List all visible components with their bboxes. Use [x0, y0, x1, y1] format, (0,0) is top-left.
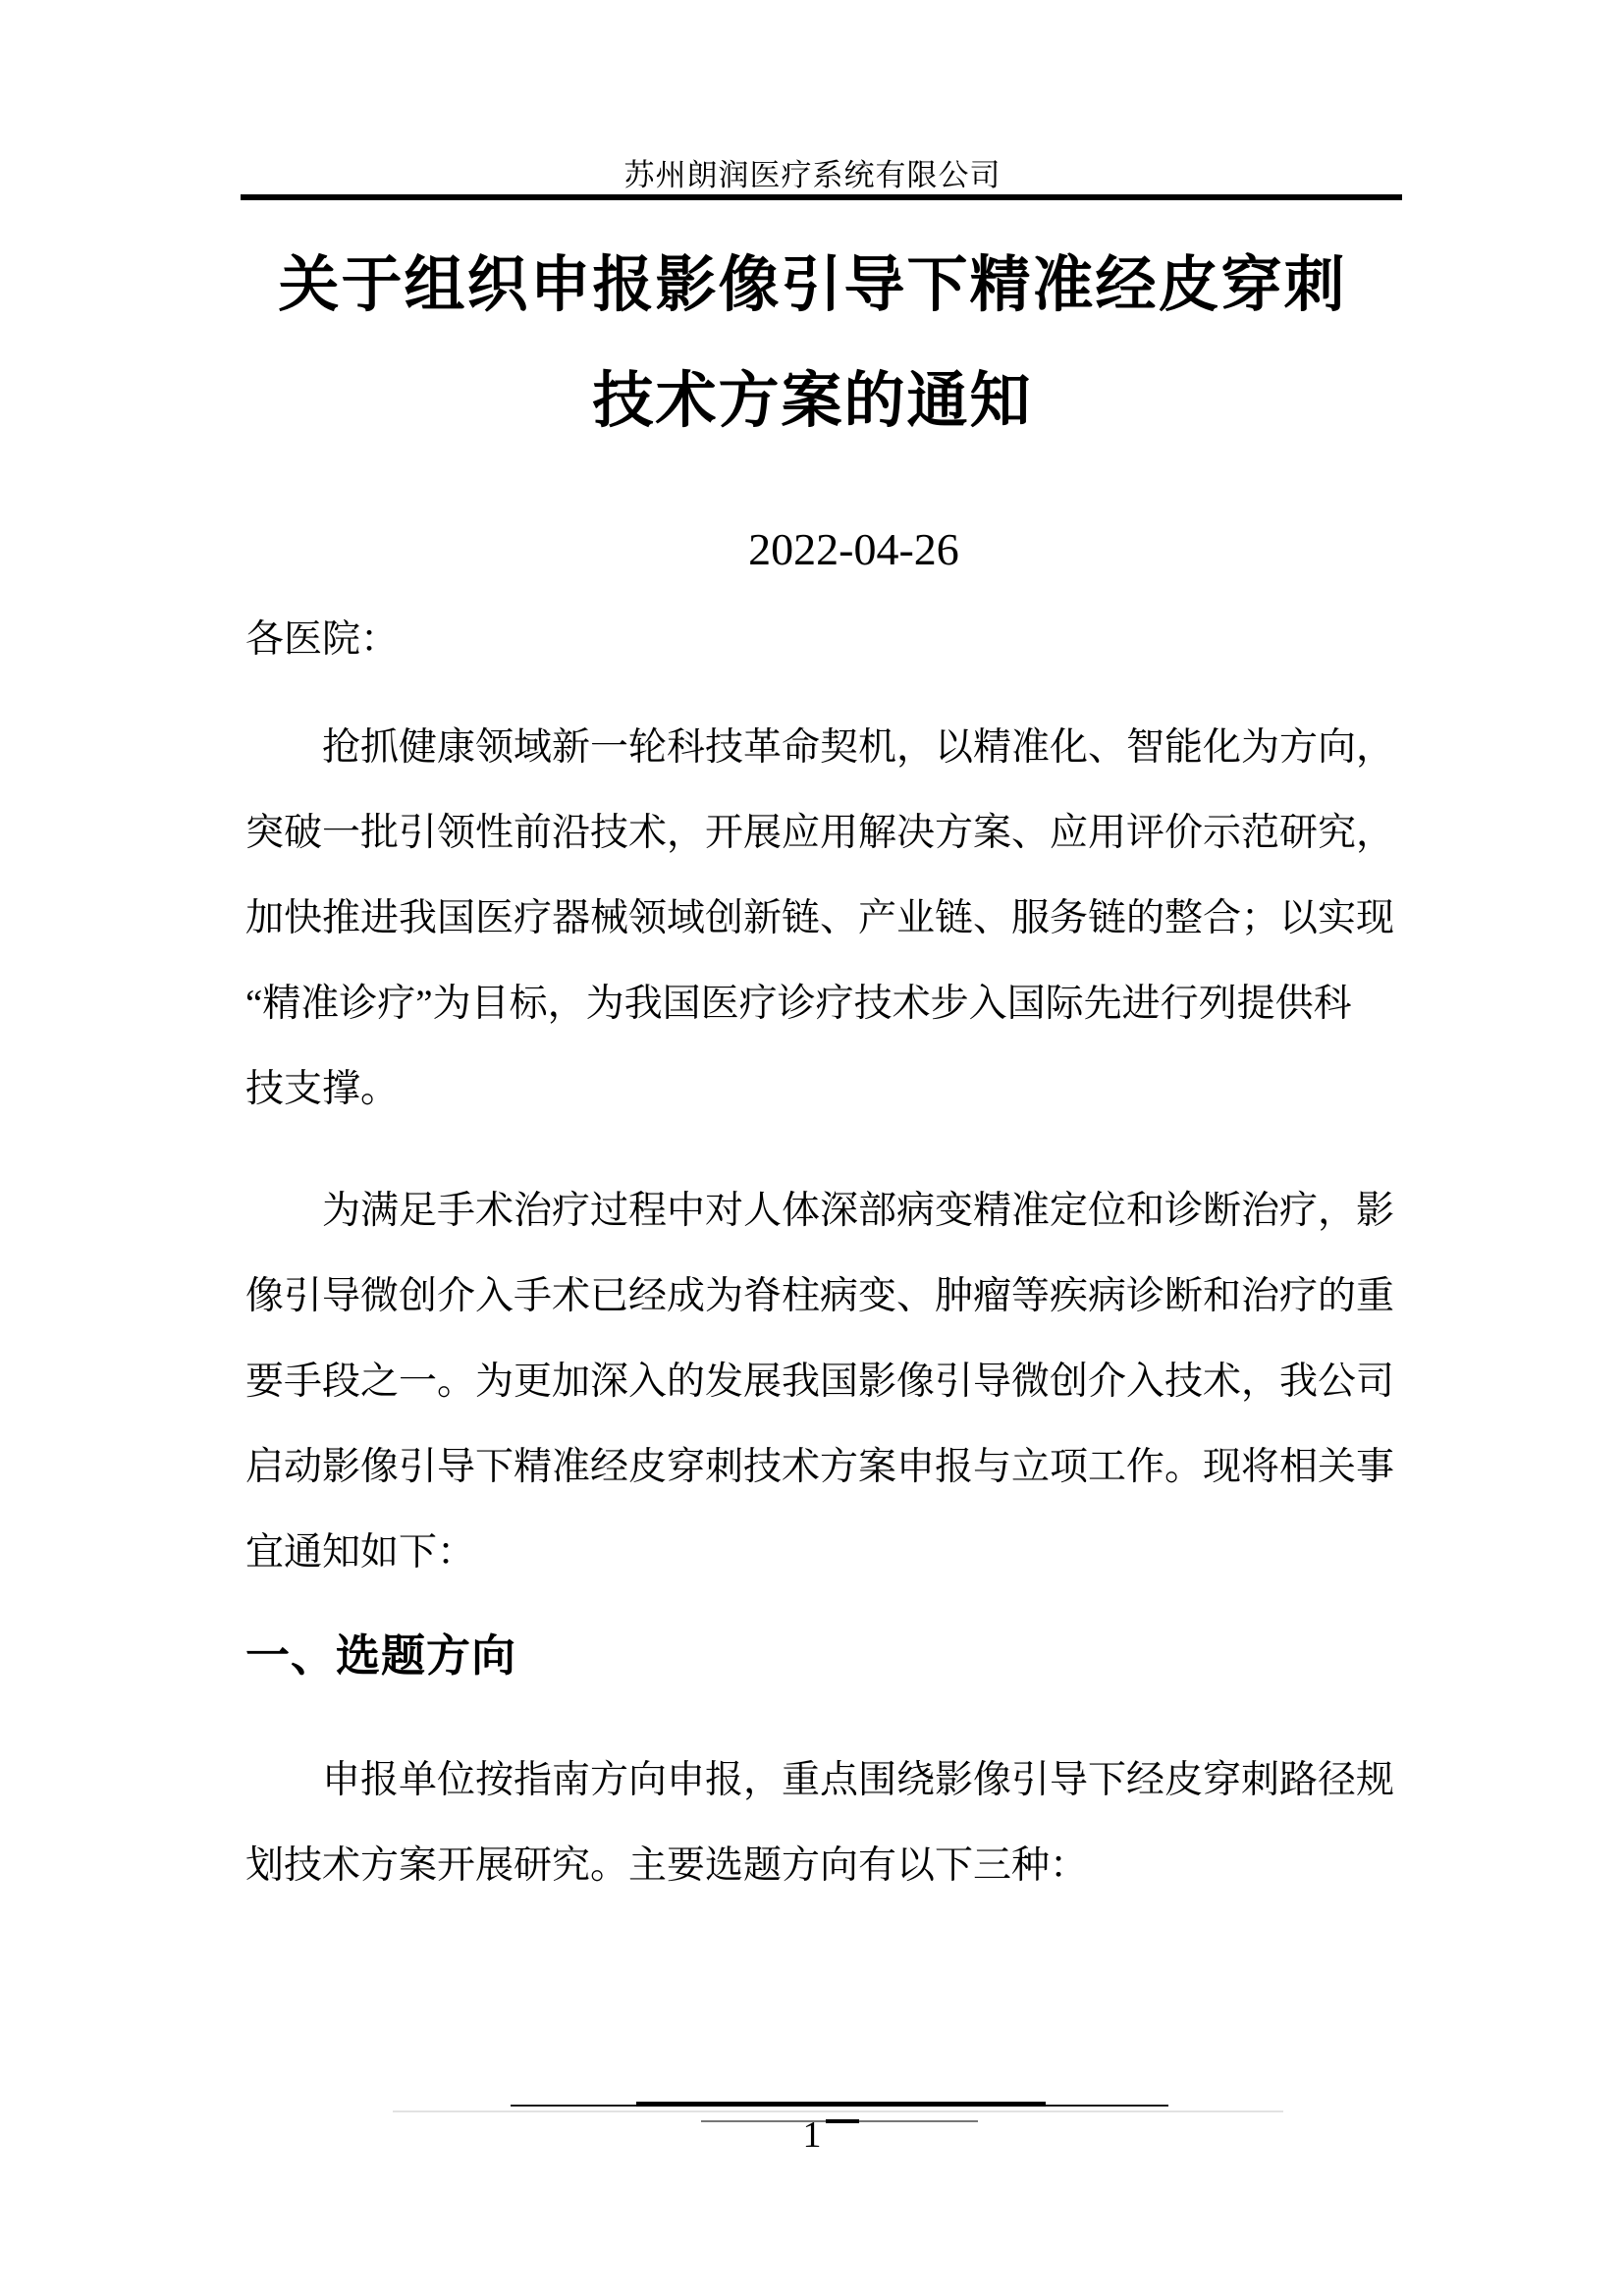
- paragraph-line: 启动影像引导下精准经皮穿刺技术方案申报与立项工作。现将相关事: [245, 1424, 1380, 1510]
- footer-rule-right-segment: [1046, 2105, 1168, 2107]
- paragraph-1: 抢抓健康领域新一轮科技革命契机，以精准化、智能化为方向， 突破一批引领性前沿技术…: [245, 705, 1380, 1132]
- footer-rule-left-segment: [511, 2105, 636, 2107]
- page-number: 1: [0, 2112, 1624, 2158]
- paragraph-line: 突破一批引领性前沿技术，开展应用解决方案、应用评价示范研究，: [245, 790, 1380, 876]
- paragraph-line: 技支撑。: [245, 1046, 1380, 1132]
- document-title-line2: 技术方案的通知: [245, 344, 1380, 459]
- paragraph-line: 为满足手术治疗过程中对人体深部病变精准定位和诊断治疗，影: [245, 1168, 1380, 1254]
- paragraph-line: 加快推进我国医疗器械领域创新链、产业链、服务链的整合；以实现: [245, 876, 1380, 961]
- header-rule: [241, 194, 1402, 200]
- paragraph-2: 为满足手术治疗过程中对人体深部病变精准定位和诊断治疗，影 像引导微创介入手术已经…: [245, 1168, 1380, 1595]
- document-title: 关于组织申报影像引导下精准经皮穿刺 技术方案的通知: [245, 228, 1380, 459]
- paragraph-line: 要手段之一。为更加深入的发展我国影像引导微创介入技术，我公司: [245, 1339, 1380, 1424]
- paragraph-line: 抢抓健康领域新一轮科技革命契机，以精准化、智能化为方向，: [245, 705, 1380, 790]
- company-name: 苏州朗润医疗系统有限公司: [245, 157, 1380, 194]
- paragraph-line: “精准诊疗”为目标，为我国医疗诊疗技术步入国际先进行列提供科: [245, 961, 1380, 1046]
- paragraph-line: 申报单位按指南方向申报，重点围绕影像引导下经皮穿刺路径规: [245, 1737, 1380, 1823]
- paragraph-line: 像引导微创介入手术已经成为脊柱病变、肿瘤等疾病诊断和治疗的重: [245, 1254, 1380, 1339]
- paragraph-3: 申报单位按指南方向申报，重点围绕影像引导下经皮穿刺路径规 划技术方案开展研究。主…: [245, 1737, 1380, 1908]
- page-header: 苏州朗润医疗系统有限公司: [245, 157, 1380, 194]
- salutation: 各医院：: [245, 597, 1380, 682]
- section-heading-1: 一、选题方向: [245, 1627, 1380, 1685]
- document-title-line1: 关于组织申报影像引导下精准经皮穿刺: [245, 228, 1380, 344]
- footer-rule-thick-segment: [636, 2102, 1046, 2107]
- document-page: 苏州朗润医疗系统有限公司 关于组织申报影像引导下精准经皮穿刺 技术方案的通知 2…: [0, 0, 1624, 2296]
- paragraph-line: 宜通知如下：: [245, 1510, 1380, 1595]
- paragraph-line: 划技术方案开展研究。主要选题方向有以下三种：: [245, 1823, 1380, 1908]
- document-date: 2022-04-26: [287, 522, 1421, 577]
